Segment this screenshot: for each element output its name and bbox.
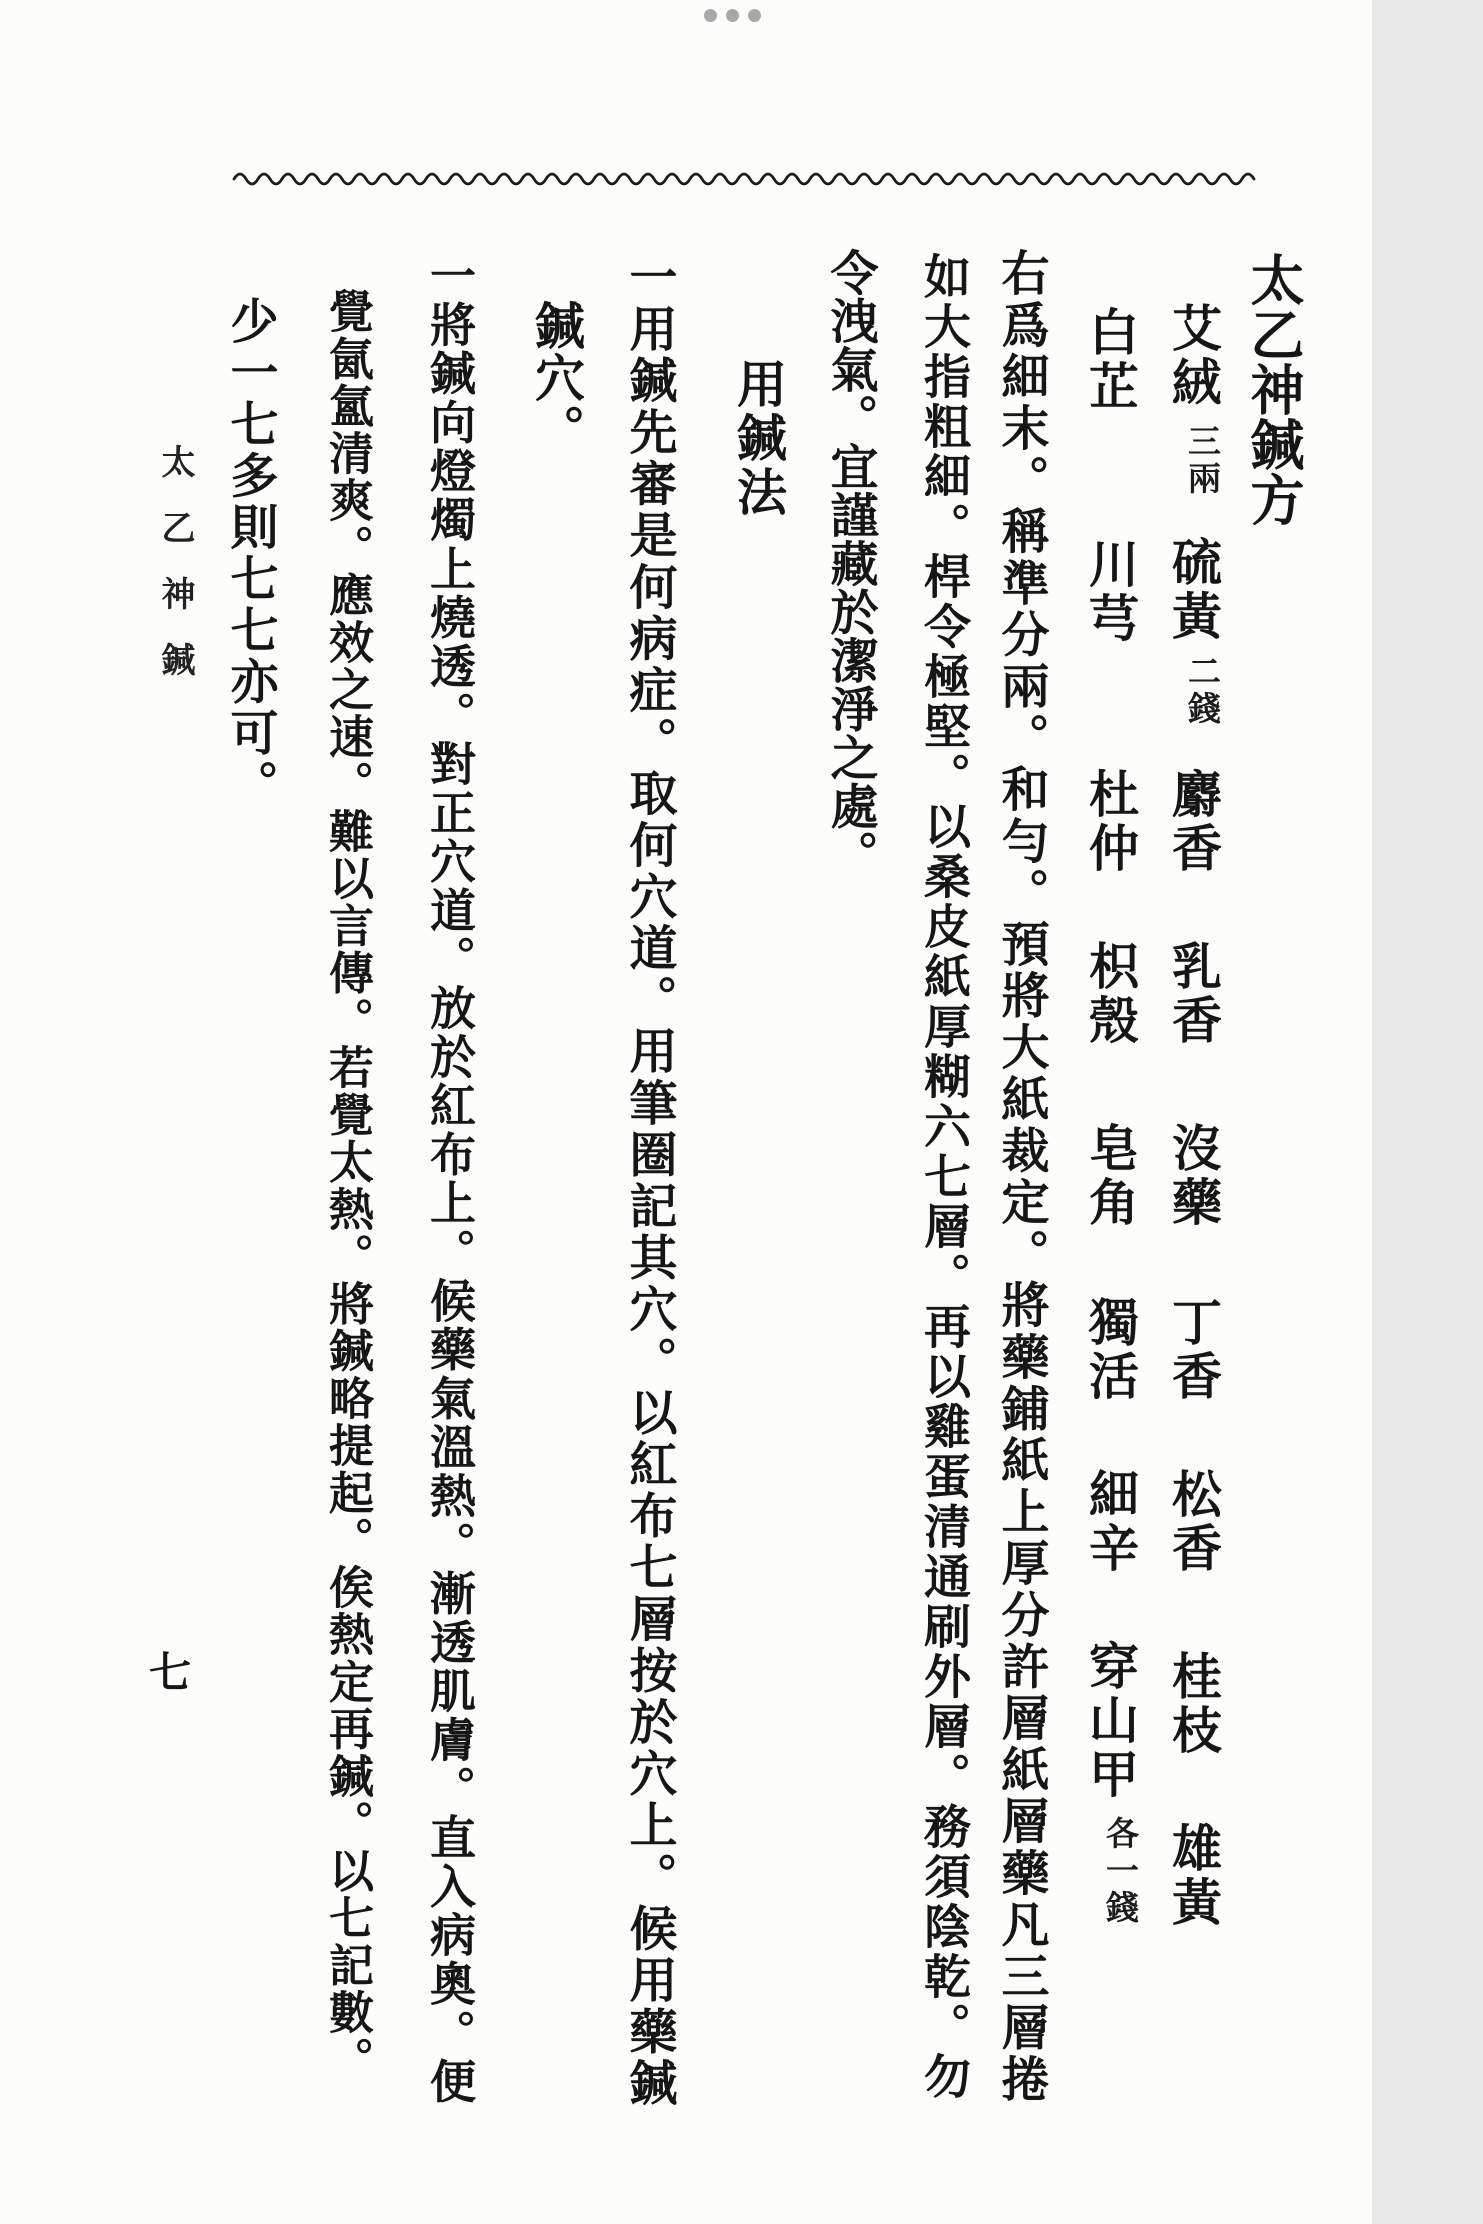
section-heading: 用鍼法 bbox=[733, 358, 783, 520]
ingredient-name: 穿山甲 bbox=[1085, 1640, 1135, 1802]
ingredient-name: 硫黃 bbox=[1168, 536, 1218, 644]
ingredient-name: 獨活 bbox=[1085, 1296, 1135, 1404]
ingredient-name: 枳殼 bbox=[1085, 940, 1135, 1048]
preparation-column-3: 令洩氣。宜謹藏於潔淨之處。 bbox=[826, 248, 874, 879]
ingredient-name: 杜仲 bbox=[1085, 768, 1135, 876]
wavy-line-graphic bbox=[234, 174, 1254, 184]
wavy-divider bbox=[232, 166, 1266, 192]
usage-column-3: 一將鍼向燈燭上燒透。對正穴道。放於紅布上。候藥氣溫熱。漸透肌膚。直入病奧。便 bbox=[427, 252, 473, 2106]
preparation-column-1: 右爲細末。稱準分兩。和勻。預將大紙裁定。將藥鋪紙上厚分許層紙層藥凡三層捲 bbox=[997, 248, 1045, 2106]
dot bbox=[748, 9, 761, 22]
dot bbox=[704, 9, 717, 22]
usage-column-4: 覺氤氳清爽。應效之速。難以言傳。若覺太熱。將鍼略提起。俟熱定再鍼。以七記數。 bbox=[325, 288, 370, 2084]
menu-dots-icon[interactable] bbox=[704, 9, 761, 22]
ingredient-name: 桂枝 bbox=[1168, 1650, 1218, 1758]
ingredient-name: 雄黃 bbox=[1168, 1822, 1218, 1930]
usage-column-5: 少一七多則七七亦可。 bbox=[226, 296, 274, 811]
scanned-page: 太乙神鍼方 艾絨 三兩 硫黃 二錢 麝香 乳香 沒藥 丁香 松香 桂枝 雄黃 白… bbox=[0, 0, 1483, 2224]
ingredient-name: 乳香 bbox=[1168, 940, 1218, 1048]
scan-right-margin bbox=[1372, 0, 1483, 2224]
usage-column-1: 一用鍼先審是何病症。取何穴道。用筆圈記其穴。以紅布七層按於穴上。候用藥鍼 bbox=[625, 252, 673, 2110]
ingredient-name: 細辛 bbox=[1085, 1468, 1135, 1576]
ingredient-name: 丁香 bbox=[1168, 1296, 1218, 1404]
ingredient-dose: 三兩 bbox=[1186, 424, 1219, 498]
book-spine-label: 太乙神鍼 bbox=[158, 444, 192, 708]
dot bbox=[726, 9, 739, 22]
usage-column-2: 鍼穴。 bbox=[531, 300, 581, 456]
page-title: 太乙神鍼方 bbox=[1247, 252, 1301, 527]
ingredient-name: 松香 bbox=[1168, 1468, 1218, 1576]
ingredient-name: 皂角 bbox=[1085, 1122, 1135, 1230]
preparation-column-2: 如大指粗細。桿令極堅。以桑皮紙厚糊六七層。再以雞蛋清通刷外層。務須陰乾。勿 bbox=[920, 252, 967, 2102]
ingredient-name: 麝香 bbox=[1168, 768, 1218, 876]
ingredient-name: 艾絨 bbox=[1168, 302, 1218, 410]
page-number: 七 bbox=[146, 1650, 188, 1692]
ingredient-dose: 各一錢 bbox=[1104, 1816, 1137, 1927]
ingredient-name: 沒藥 bbox=[1168, 1122, 1218, 1230]
ingredient-name: 白芷 bbox=[1085, 306, 1135, 414]
ingredient-dose: 二錢 bbox=[1186, 654, 1219, 728]
ingredient-name: 川芎 bbox=[1085, 538, 1135, 646]
